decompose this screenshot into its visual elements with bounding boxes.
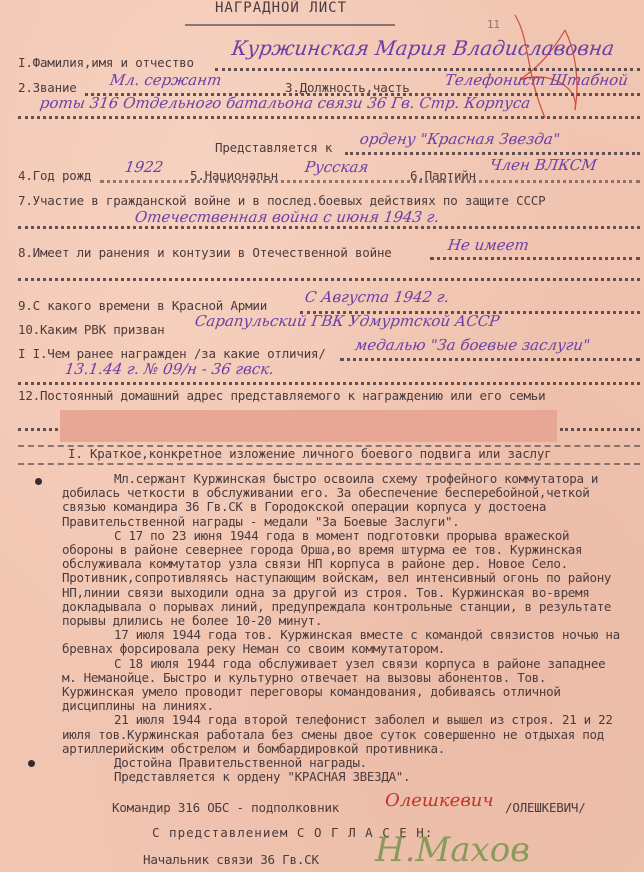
section-divider-bottom — [18, 463, 640, 465]
narrative-paragraph: Достойна Правительственной награды. — [62, 756, 622, 770]
narrative-paragraph: 21 июля 1944 года второй телефонист забо… — [62, 713, 622, 756]
dotted-line — [18, 278, 640, 281]
field-label-home-address: 12.Постоянный домашний адрес представляе… — [18, 388, 545, 403]
punch-hole — [35, 478, 42, 485]
field-label-rank: 2.Звание — [18, 80, 77, 95]
field-value-party: Член ВЛКСМ — [489, 156, 598, 174]
dotted-line — [18, 428, 58, 431]
chief-label: Начальник связи 36 Гв.СК — [143, 852, 319, 867]
dotted-line — [18, 116, 640, 119]
field-value-name: Куржинская Мария Владиславовна — [230, 36, 616, 60]
field-value-conscription: Сарапульский ГВК Удмуртской АССР — [194, 312, 501, 330]
commander-label: Командир 316 ОБС - подполковник — [112, 800, 339, 815]
title-underline — [185, 24, 395, 26]
narrative-paragraph: Мл.сержант Куржинская быстро освоила схе… — [62, 472, 622, 529]
narrative-paragraph: С 17 по 23 июня 1944 года в момент подго… — [62, 529, 622, 628]
commander-signature: Олешкевич — [385, 790, 494, 811]
field-label-position: 3.Должность,часть — [285, 80, 410, 95]
field-value-position-continued: роты 316 Отдельного батальона связи 36 Г… — [39, 94, 532, 112]
redacted-address-block — [60, 410, 557, 442]
document-title: НАГРАДНОЙ ЛИСТ — [215, 0, 347, 16]
field-label-prior-awards: I I.Чем ранее награжден /за какие отличи… — [18, 346, 326, 361]
dotted-line — [100, 180, 640, 183]
field-label-presented: Представляется к — [215, 140, 332, 155]
field-value-birth-year: 1922 — [124, 158, 165, 176]
field-label-war-participation: 7.Участие в гражданской войне и в послед… — [18, 193, 545, 208]
chief-signature: Н.Махов — [375, 830, 530, 870]
dotted-line — [18, 382, 640, 385]
punch-hole — [28, 760, 35, 767]
commander-name: /ОЛЕШКЕВИЧ/ — [505, 800, 586, 815]
dotted-line — [345, 152, 640, 155]
dotted-line — [430, 257, 640, 260]
field-value-prior-awards: медалью "За боевые заслуги" — [354, 336, 592, 354]
section-heading: I. Краткое,конкретное изложение личного … — [68, 446, 552, 461]
narrative-paragraph: 17 июля 1944 года тов. Куржинская вместе… — [62, 628, 622, 656]
narrative-paragraph: С 18 июля 1944 года обслуживает узел свя… — [62, 657, 622, 714]
field-label-conscription: 10.Каким РВК призван — [18, 322, 165, 337]
field-value-presented: ордену "Красная Звезда" — [359, 130, 561, 148]
field-label-birth-year: 4.Год рожд — [18, 168, 91, 183]
field-value-rank: Мл. сержант — [109, 71, 223, 89]
page-mark: 11 — [487, 18, 500, 31]
narrative-body: Мл.сержант Куржинская быстро освоила схе… — [62, 472, 622, 784]
field-value-prior-awards-continued: 13.1.44 г. № 09/н - 36 гвск. — [64, 360, 276, 378]
field-value-nationality: Русская — [304, 158, 370, 176]
dotted-line — [18, 226, 640, 229]
narrative-paragraph: Представляется к ордену "КРАСНАЯ ЗВЕЗДА"… — [62, 770, 622, 784]
field-value-war-participation: Отечественная война с июня 1943 г. — [134, 208, 441, 226]
dotted-line — [340, 358, 640, 361]
field-label-name: I.Фамилия,имя и отчество — [18, 55, 194, 70]
field-value-army-since: С Августа 1942 г. — [304, 288, 451, 306]
field-value-wounds: Не имеет — [447, 236, 530, 254]
field-label-army-since: 9.С какого времени в Красной Армии — [18, 298, 267, 313]
field-value-position: Телефонист Штабной — [444, 71, 630, 89]
dotted-line — [560, 428, 640, 431]
field-label-wounds: 8.Имеет ли ранения и контузии в Отечеств… — [18, 245, 392, 260]
